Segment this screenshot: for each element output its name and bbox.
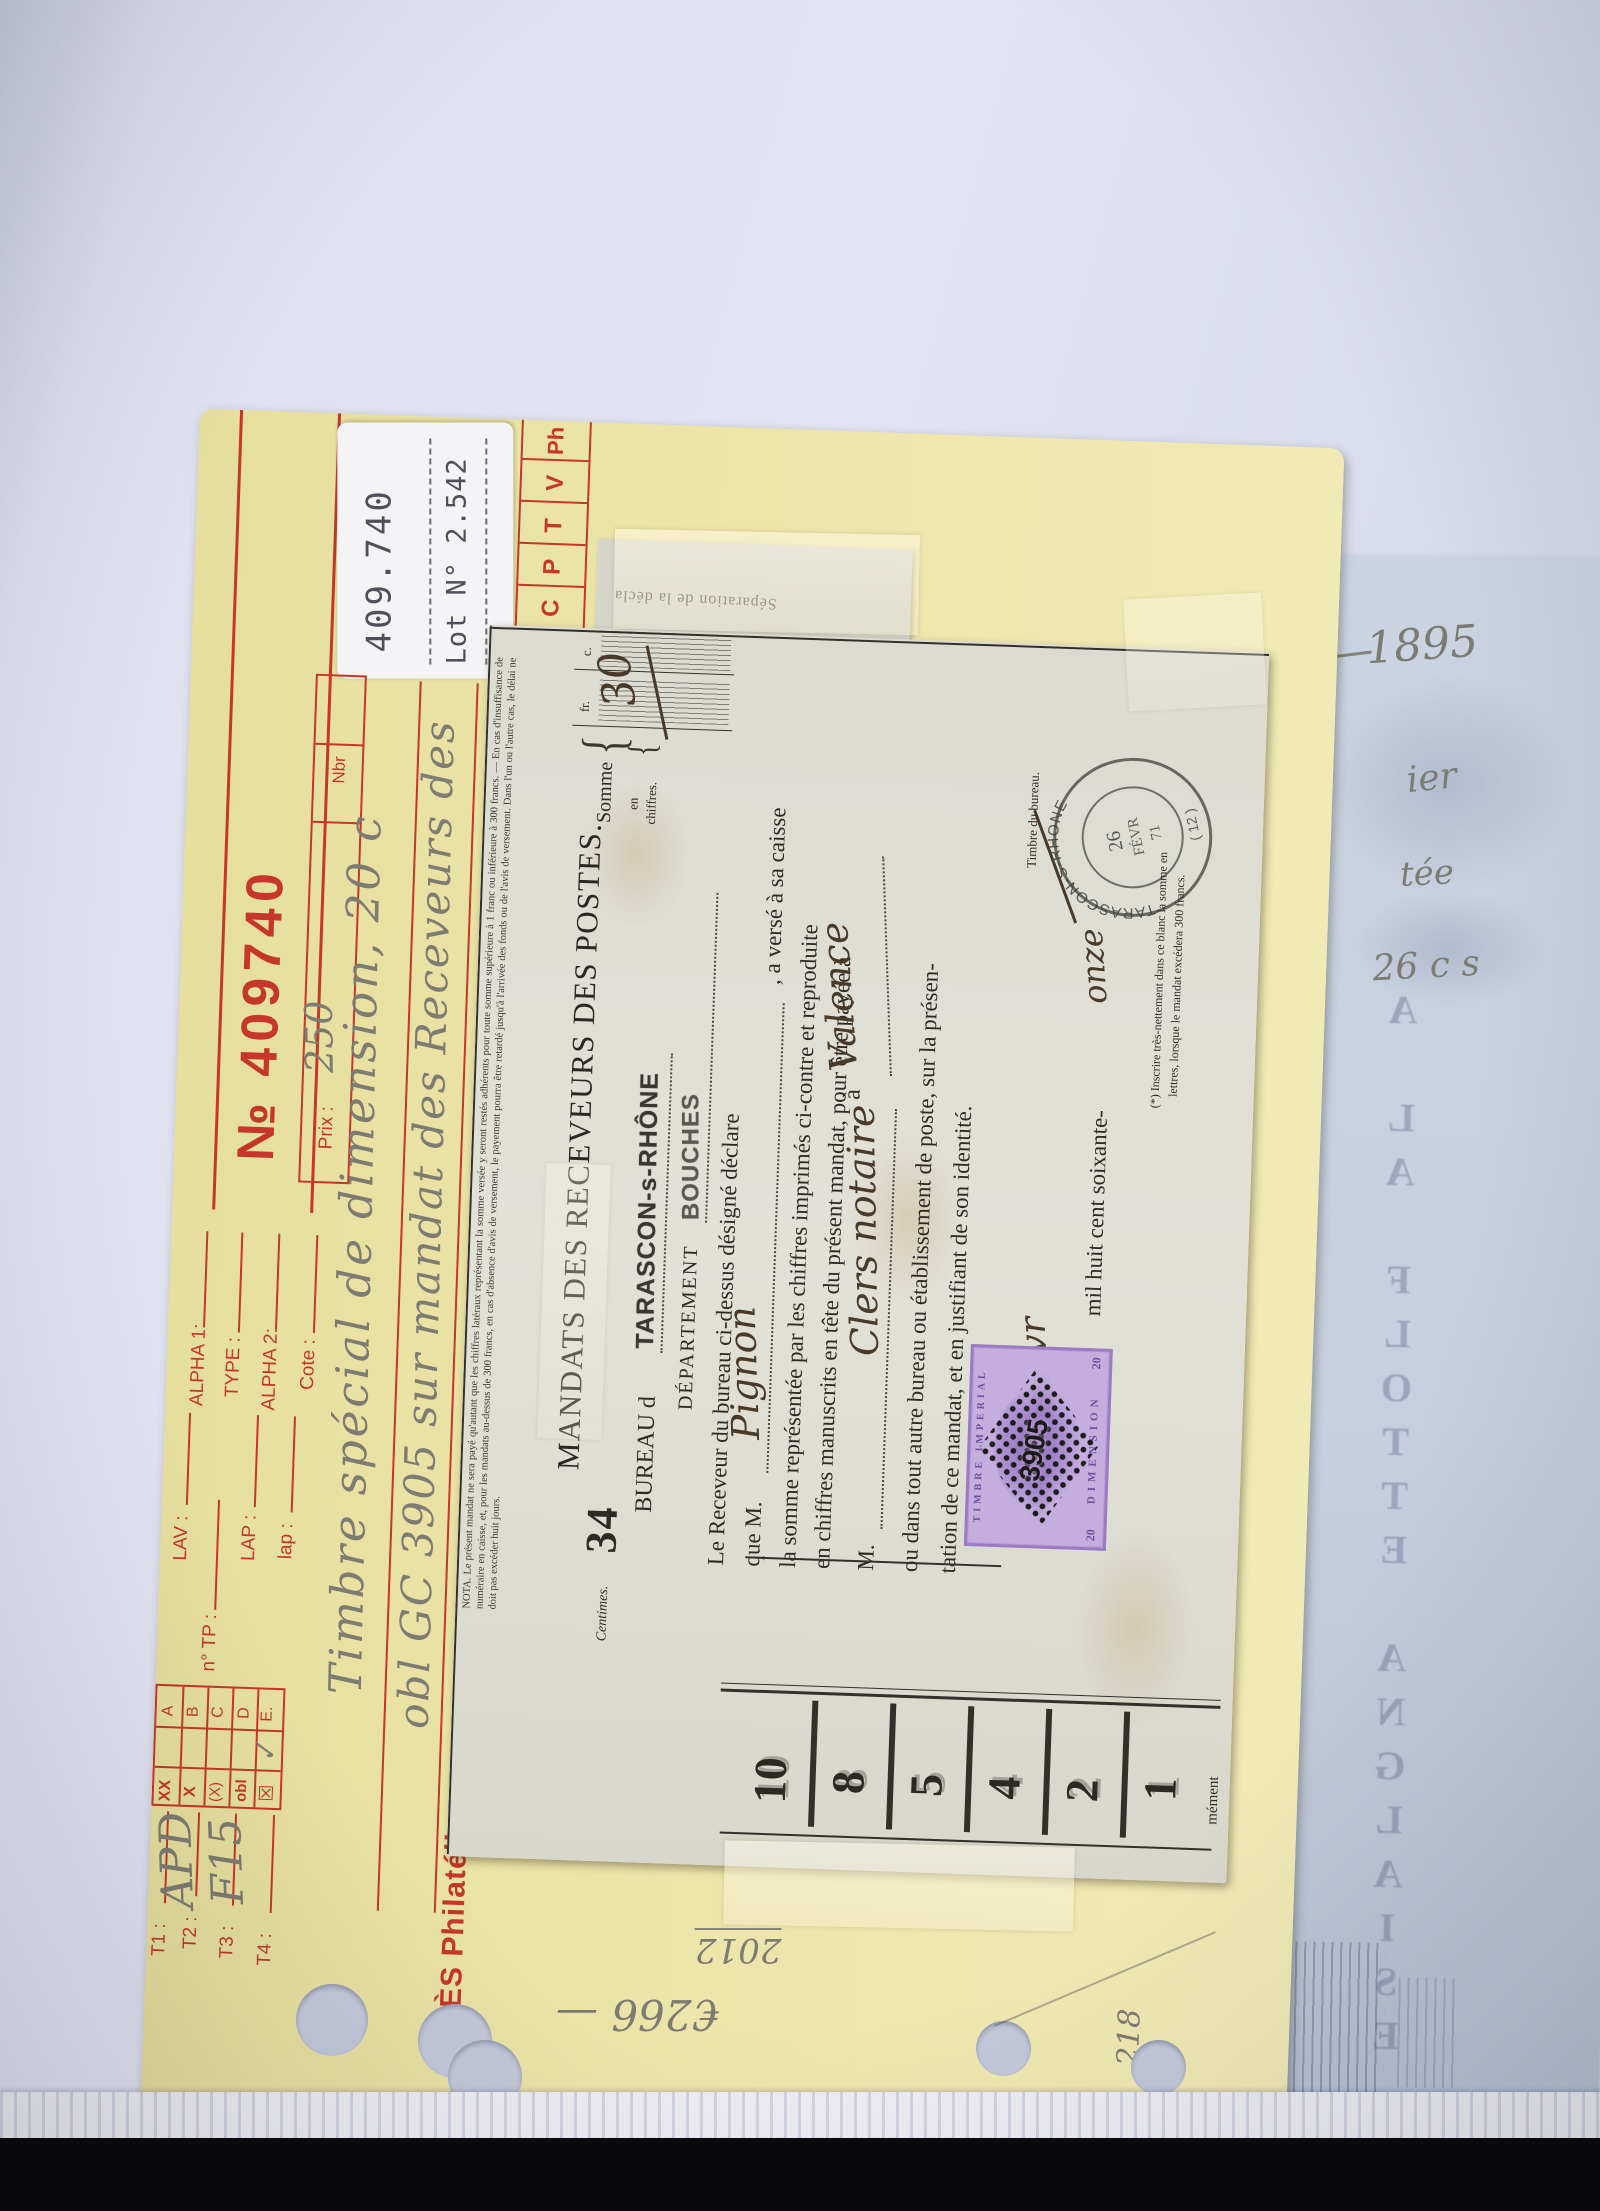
field-cote: Cote : (297, 1339, 321, 1390)
svg-text:TARASCON-S-RHONE: TARASCON-S-RHONE (1035, 781, 1157, 937)
departement-label: DÉPARTEMENT (674, 1244, 703, 1410)
field-lav: LAV : (170, 1515, 194, 1561)
ntp-rule (214, 1500, 220, 1610)
grid-xx: XX (156, 1780, 175, 1802)
cell-divider (520, 542, 586, 546)
fiscal-stamp-value-right: 20 (1089, 1357, 1104, 1370)
bureau-label: BUREAU d (631, 1396, 662, 1514)
alpha2-rule (275, 1234, 280, 1330)
cell-divider (521, 500, 587, 504)
circular-datestamp: TARASCON-S-RHONE 26 FÉVR 71 ( 12 ) (1033, 738, 1232, 937)
grid-a: A (159, 1705, 177, 1716)
place-dotted-line (866, 856, 892, 1076)
letter-pencil-year: 1895 (1364, 616, 1479, 675)
edge-fragment: mément (1204, 1776, 1223, 1825)
somme-brace-2: { (621, 742, 666, 757)
field-t3: T3 : (216, 1925, 239, 1958)
lateral-bar (808, 1701, 818, 1827)
field-t2: T2 : (179, 1916, 202, 1949)
lav-rule (186, 1413, 191, 1505)
cell-divider (523, 458, 589, 462)
centimes-label: Centimes. (594, 1585, 612, 1641)
grid-d: D (235, 1707, 253, 1719)
condition-grid: XX X (X) obl ☒ A B C D E. ✓ (151, 1684, 285, 1810)
sticker-lot-number: Lot N° 2.542 (441, 457, 472, 664)
datestamp-month: FÉVR (1124, 816, 1149, 857)
card-serial-number: № 409740 (226, 720, 301, 1162)
datestamp-town: TARASCON-S-RHONE (1035, 781, 1157, 937)
alpha1-rule (203, 1231, 208, 1327)
grid-checkmark-pencil: ✓ (248, 1738, 284, 1766)
grid-c: C (209, 1706, 227, 1718)
lateral-bar (1120, 1712, 1130, 1838)
lateral-4: 4 (977, 1776, 1031, 1801)
grid-divider (156, 1726, 282, 1732)
photo-scene: A LA FLOTTE ANGLAISE 1895 ier tée 26 c s… (0, 0, 1600, 2211)
corner-letter-c: C (537, 599, 566, 617)
body-line-a: à (839, 1089, 866, 1101)
sticker-dash-2 (485, 438, 487, 664)
datestamp-year: 71 (1147, 823, 1166, 841)
pencil-f15: F15 (200, 1817, 254, 1905)
departement-dotted-line (685, 892, 719, 1223)
black-backdrop (0, 2138, 1600, 2211)
hand-place-name: Valence (812, 920, 866, 1072)
corner-letter-ph: Ph (543, 426, 570, 455)
date-mil: mil huit cent soixante- (1080, 1110, 1113, 1317)
field-ntp: n° TP : (198, 1614, 222, 1672)
lateral-1: 1 (1133, 1777, 1187, 1802)
letter-pencil-word-2: tée (1399, 852, 1455, 895)
pencil-flipped-price: €266 — (556, 1990, 718, 2039)
somme-value-hand: 30 (588, 648, 646, 711)
lateral-bar (964, 1706, 974, 1832)
tape-strip-top (613, 529, 920, 635)
somme-chiffres: chiffres. (643, 782, 660, 825)
grid-divider (155, 1766, 281, 1772)
somme-en: en (625, 797, 641, 810)
lateral-5: 5 (899, 1773, 953, 1798)
somme-fr: fr. (577, 701, 593, 713)
field-type: TYPE : (222, 1337, 246, 1398)
tape-strip-top-right (1123, 592, 1267, 711)
ghost-letterhead-text: A LA FLOTTE ANGLAISE (1361, 987, 1427, 2068)
punch-hole-1 (296, 1984, 368, 2056)
sleeve-binding-strip (0, 2092, 1600, 2140)
grid-x: X (182, 1786, 200, 1797)
field-t1: T1 : (148, 1923, 171, 1956)
corner-letter-p: P (539, 558, 568, 575)
field-alpha2: ALPHA 2: (258, 1328, 283, 1411)
fiscal-stamp: TIMBRE IMPERIAL 20 DIMENSION 20 3905 (964, 1344, 1113, 1551)
tape-strip-bottom (723, 1840, 1075, 1931)
cell-divider (518, 584, 584, 588)
punch-hole-4 (1131, 2040, 1186, 2095)
somme-column-rule (572, 725, 732, 732)
lateral-bar (886, 1703, 896, 1829)
datestamp-day: 26 (1102, 829, 1128, 853)
pencil-apd: APD (150, 1811, 204, 1909)
corner-letter-cells: C P T V Ph (515, 416, 592, 632)
body-line-verse: , a versé à sa caisse (759, 807, 791, 985)
corner-letter-v: V (541, 474, 570, 491)
grid-xp: (X) (207, 1782, 225, 1803)
corner-letter-t: T (540, 518, 568, 534)
field-lap2: lap : (275, 1523, 298, 1560)
field-alpha1: ALPHA 1: (186, 1323, 211, 1406)
tape-strip-left (537, 1163, 611, 1440)
lateral-10: 10 (743, 1756, 798, 1804)
grid-b: B (184, 1706, 202, 1717)
payer-dotted-line (746, 1003, 784, 1473)
t4-rule (270, 1815, 275, 1913)
pencil-flipped-ref: 2012 (695, 1928, 782, 1970)
lateral-8: 8 (821, 1770, 875, 1795)
somme-label: Somme (593, 761, 618, 823)
grid-e: E. (258, 1706, 277, 1722)
cote-rule (313, 1235, 318, 1333)
field-lap: LAP : (238, 1514, 262, 1561)
grid-crossed-box: ☒ (256, 1784, 280, 1802)
doc-number: 34 (575, 1504, 628, 1554)
letter-pencil-word-1: ier (1405, 755, 1459, 801)
type-rule (238, 1232, 243, 1332)
lot-sticker: 409.740 Lot N° 2.542 (337, 422, 513, 678)
field-t4: T4 : (254, 1933, 277, 1966)
punch-hole-3 (976, 2021, 1031, 2076)
grid-obl: obl (233, 1779, 251, 1802)
band-divider (315, 743, 362, 747)
lateral-bar (1042, 1709, 1052, 1835)
lap-rule (254, 1415, 259, 1507)
body-line-m: M. (853, 1544, 880, 1571)
datestamp-dept: ( 12 ) (1181, 807, 1203, 842)
hand-year: onze (1072, 927, 1115, 1005)
lap2-rule (291, 1416, 296, 1512)
sticker-number: 409.740 (359, 488, 399, 652)
nbr-label: Nbr (329, 756, 350, 784)
lateral-2: 2 (1055, 1778, 1109, 1803)
sticker-dash-1 (429, 438, 431, 664)
letter-pencil-amount: 26 c s (1371, 943, 1480, 990)
letter-address-block-2 (1397, 1977, 1459, 2088)
